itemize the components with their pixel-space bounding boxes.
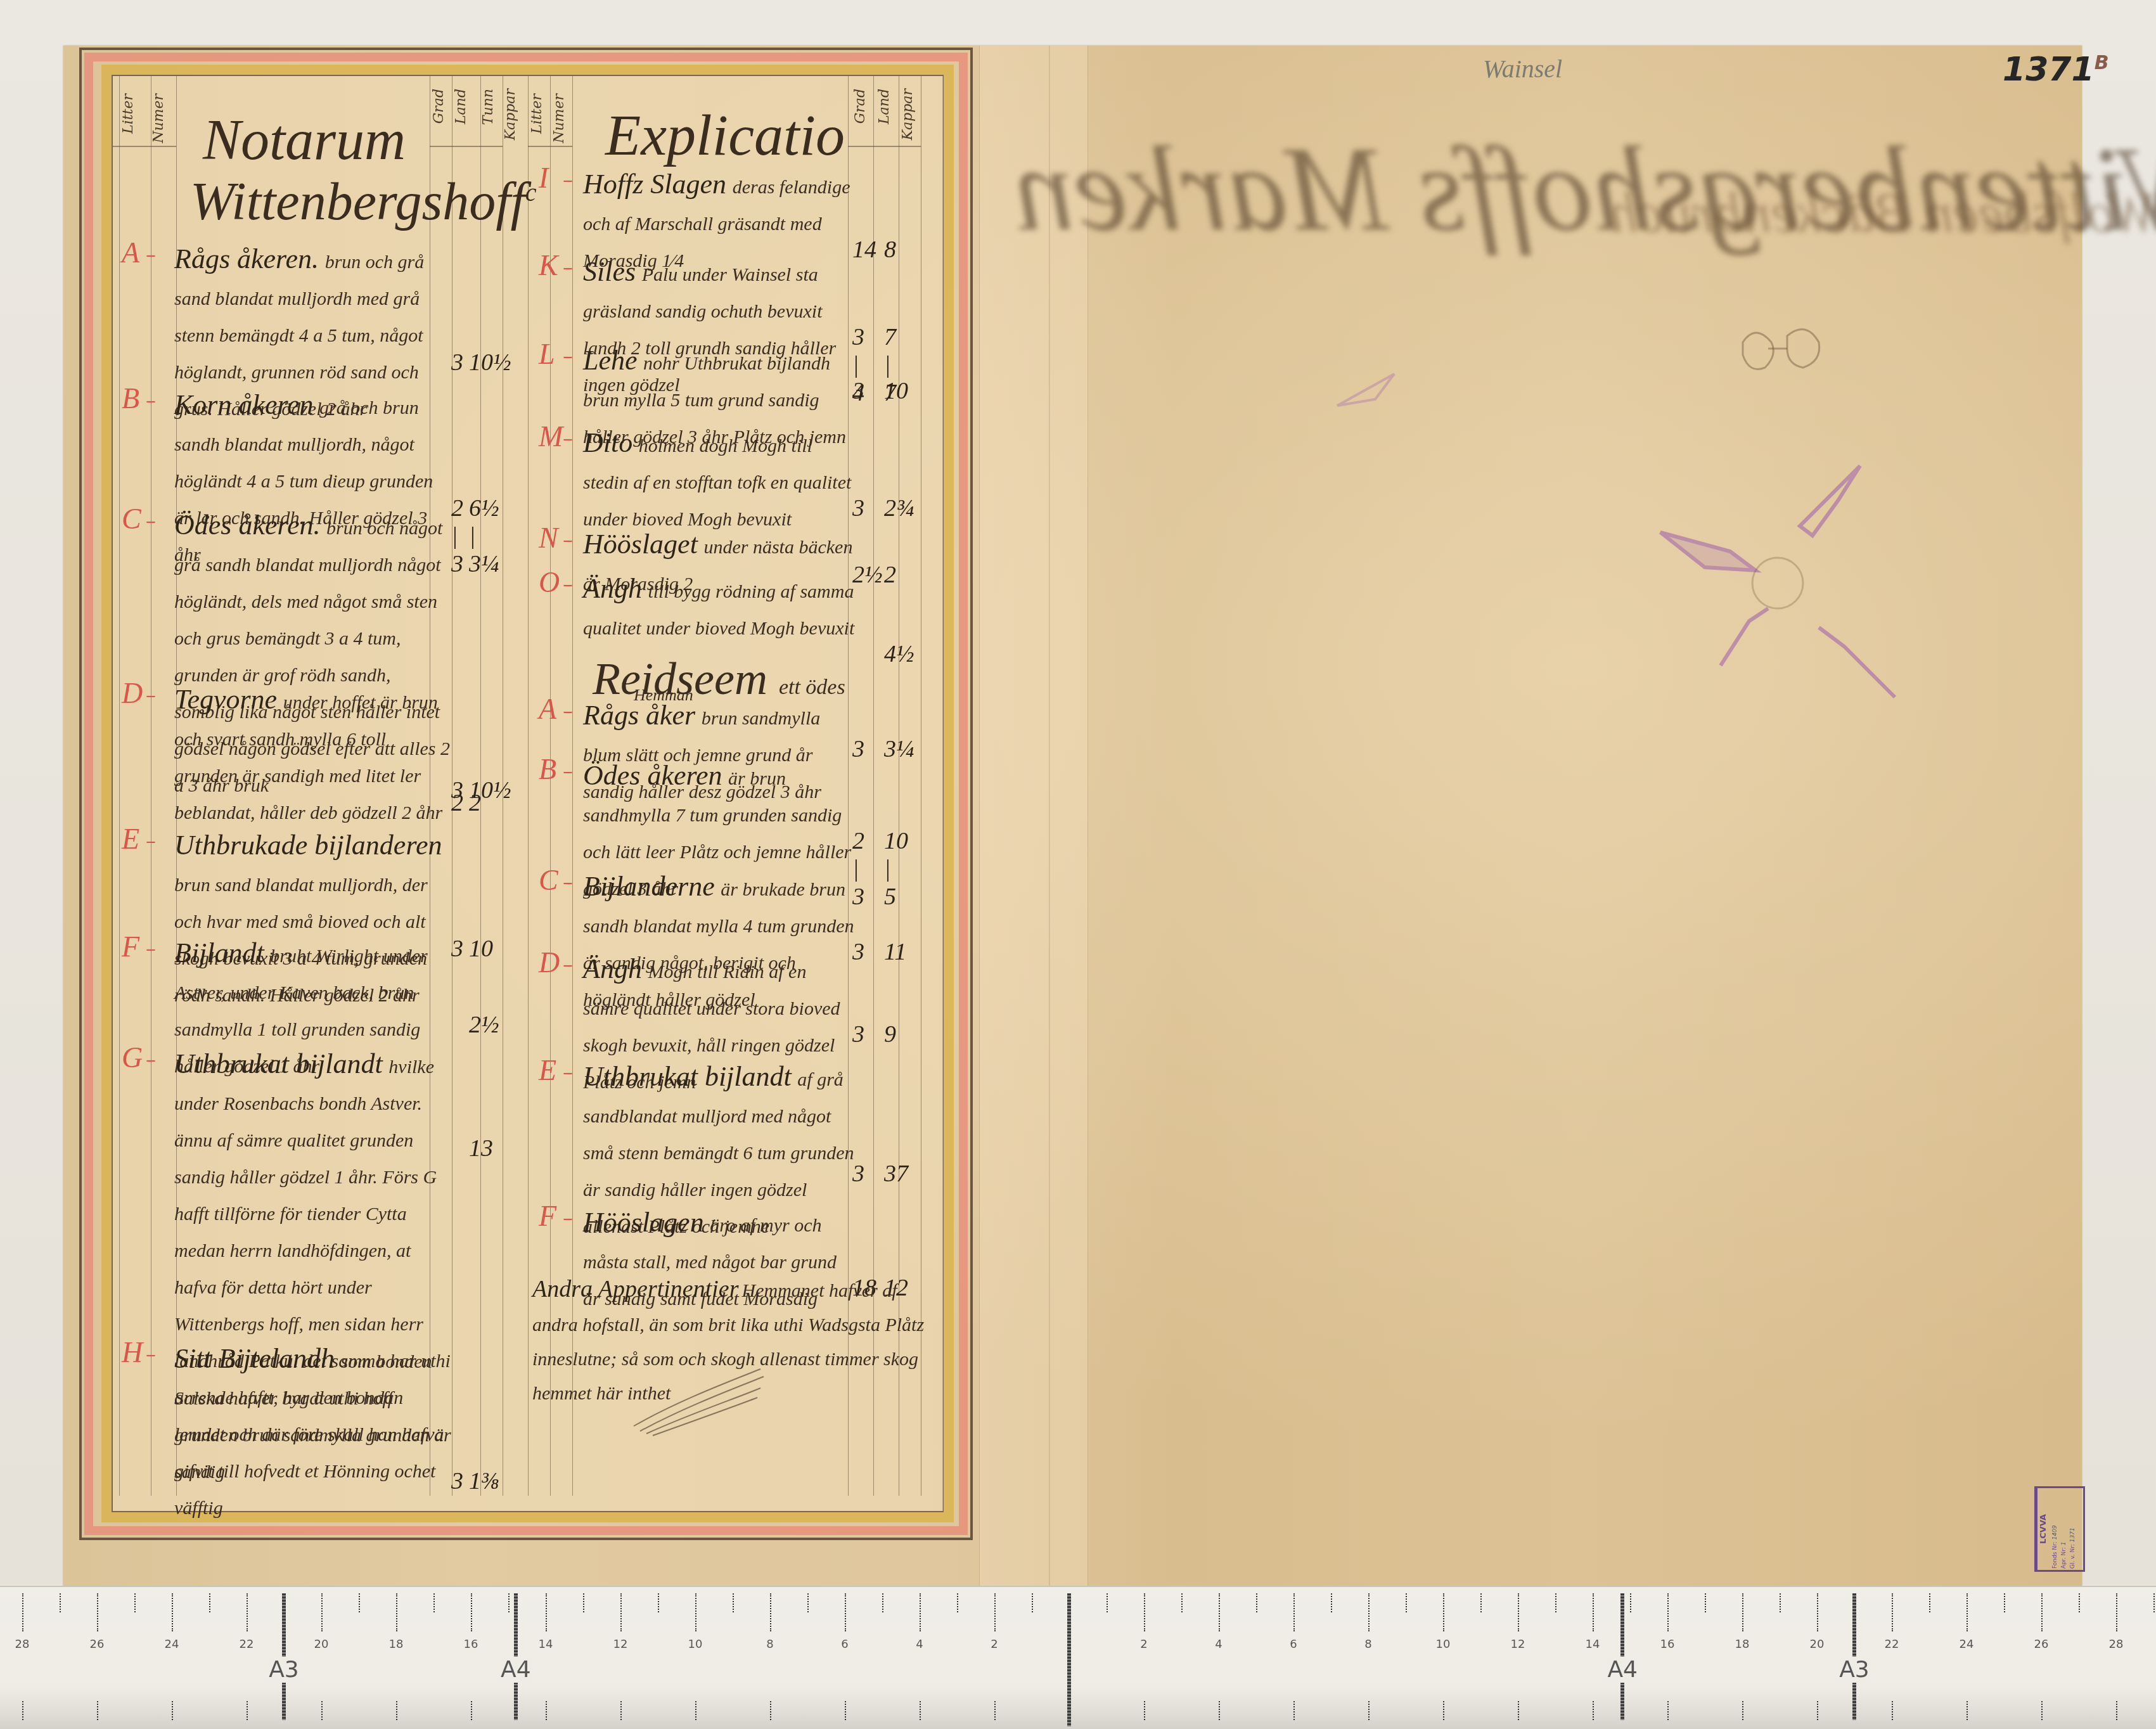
entry-head: Ängh	[583, 573, 642, 604]
ruler-label: 26	[90, 1638, 105, 1651]
pencil-note: Wainsel	[1483, 54, 1562, 84]
ruler-label: 2	[991, 1638, 998, 1651]
ruler-label: 14	[539, 1638, 553, 1651]
entry-value: 3	[852, 494, 864, 522]
entry-head: Siles	[583, 256, 636, 287]
header-land-right: Land	[876, 89, 892, 124]
ruler-tick	[1518, 1593, 1519, 1631]
entry-value: 3	[451, 1467, 463, 1495]
entry-head: Uthbrukade bijlanderen	[174, 830, 442, 861]
ruler-tick	[770, 1593, 771, 1631]
ruler-tick	[22, 1593, 23, 1631]
ruler-tick	[1518, 1701, 1519, 1720]
entry-head: Sitt Bijtelandh	[174, 1343, 335, 1374]
paper-size-label: A4	[1605, 1657, 1640, 1683]
ruler-tick	[508, 1593, 510, 1612]
entry-letter: E	[539, 1053, 556, 1087]
entry-head: Hoffz Slagen	[583, 169, 726, 200]
ruler-label: 12	[613, 1638, 628, 1651]
entry-dash: –	[563, 255, 573, 279]
entry-value: 2	[884, 561, 896, 589]
ruler-tick	[845, 1701, 846, 1720]
entry-dash: –	[563, 572, 573, 596]
ruler-tick	[1293, 1593, 1295, 1631]
ruler-tick	[583, 1593, 584, 1612]
archive-stamp: LCVVA Fonds Nr: 1409 Apr. Nr: 1 Gl. v. N…	[2034, 1486, 2085, 1572]
entry-dash: –	[563, 344, 573, 368]
entry-letter: N	[539, 521, 558, 555]
ruler-tick	[920, 1593, 921, 1631]
entry-head: Dito	[583, 427, 632, 458]
entry-dash: –	[563, 698, 573, 723]
header-numer-right: Numer	[551, 94, 567, 143]
entry-head: Ödes åkeren	[583, 760, 722, 791]
legend-left-title: Notarum	[203, 108, 406, 173]
entry-head: Tegvorne	[174, 684, 277, 715]
ruler-tick	[546, 1593, 547, 1631]
ruler-tick	[620, 1593, 622, 1631]
entry-letter: I	[539, 161, 548, 195]
stamp-line-fonds: Fonds Nr: 1409	[2051, 1489, 2060, 1569]
ruler-tick	[1967, 1701, 1968, 1720]
bleedthrough-subtitle: Wolfsbeen Bäckenbruch	[1610, 181, 2156, 246]
ruler-label: 18	[389, 1638, 404, 1651]
section2-title-suffix: ett ödes	[779, 676, 845, 699]
entry-dash: –	[563, 870, 573, 894]
folio-number-main: 1371	[2003, 51, 2095, 89]
paper-size-label: A3	[266, 1657, 302, 1683]
entry-dash: –	[146, 242, 156, 266]
entry-letter: A	[539, 692, 556, 726]
ruler-label: 20	[1810, 1638, 1825, 1651]
entry-value: 2¾	[884, 494, 914, 522]
entry-head: Lehe	[583, 345, 638, 376]
ruler-tick	[1892, 1701, 1893, 1720]
header-numer-left: Numer	[151, 94, 167, 143]
entry-value: 11	[884, 938, 906, 966]
ruler-label: 24	[1960, 1638, 1974, 1651]
entry-head: Rågs åkeren.	[174, 243, 319, 274]
ruler-label: 16	[464, 1638, 478, 1651]
ruler-tick	[321, 1593, 323, 1631]
ruler-label: 2	[1140, 1638, 1147, 1651]
entry-text: Sitt Bijtelandh som bonden Salska hafver…	[174, 1340, 453, 1491]
entry-value: 2½	[852, 561, 883, 589]
legend-left-subtitle: Wittenbergshoffc	[190, 171, 537, 233]
ruler-tick	[1219, 1593, 1220, 1631]
ruler-label: 10	[1436, 1638, 1451, 1651]
ruler-tick	[1107, 1593, 1108, 1612]
ruler-label: 10	[688, 1638, 703, 1651]
entry-letter: O	[539, 565, 560, 599]
ruler-tick	[1480, 1593, 1482, 1612]
entry-letter: K	[539, 248, 558, 282]
entry-dash: –	[146, 828, 156, 852]
ruler-tick	[1967, 1593, 1968, 1631]
ruler-tick	[134, 1593, 136, 1612]
ruler-tick	[396, 1593, 397, 1631]
ruler-label: 16	[1660, 1638, 1675, 1651]
entry-letter: C	[122, 502, 141, 536]
ruler-tick	[845, 1593, 846, 1631]
note-head: Andra Appertinentier	[532, 1276, 738, 1302]
entry-head: Rågs åker	[583, 700, 695, 731]
ruler-label: 4	[1215, 1638, 1222, 1651]
entry-value: 10½	[469, 349, 511, 376]
header-kappar-left: Kappar	[503, 89, 518, 140]
entry-head: Hööslagen	[583, 1207, 704, 1238]
ruler-label: 14	[1586, 1638, 1600, 1651]
ruler-tick	[1368, 1701, 1370, 1720]
entry-text: Ängh till bygg rödning af samma qualitet…	[583, 570, 856, 647]
ruler-tick	[1742, 1701, 1743, 1720]
ruler-tick	[1256, 1593, 1257, 1612]
entry-dash: –	[146, 388, 156, 412]
stamp-line-apr: Apr. Nr: 1	[2060, 1489, 2069, 1569]
entry-dash: –	[563, 952, 573, 976]
flourish-icon	[627, 1363, 767, 1439]
entry-dash: –	[563, 167, 573, 191]
ruler-tick	[882, 1593, 883, 1612]
ruler-tick	[1929, 1593, 1930, 1612]
ruler-tick	[1780, 1593, 1781, 1612]
fold-strip-right	[1049, 46, 1088, 1595]
ruler-tick	[2041, 1701, 2043, 1720]
ruler-tick	[1443, 1701, 1444, 1720]
ruler-tick	[994, 1701, 996, 1720]
paper-size-label: A4	[498, 1657, 534, 1683]
header-kappar-right: Kappar	[900, 89, 916, 140]
ruler-label: 4	[916, 1638, 923, 1651]
entry-letter: A	[122, 236, 139, 269]
ruler-center-marker	[1067, 1593, 1071, 1726]
entry-letter: B	[122, 382, 139, 415]
entry-head: Bijlanderne	[583, 871, 715, 902]
ruler-tick	[1817, 1701, 1818, 1720]
ruler-label: 22	[1885, 1638, 1899, 1651]
ruler-tick	[247, 1593, 248, 1631]
ruler-label: 22	[240, 1638, 254, 1651]
ruler-tick	[247, 1701, 248, 1720]
ruler-tick	[1892, 1593, 1893, 1631]
entry-value: 3	[451, 349, 463, 376]
entry-head: Uthbrukat bijlandt	[583, 1061, 792, 1092]
fold-strip-left	[979, 46, 1050, 1595]
entry-value: 37	[884, 1160, 908, 1188]
paper-size-label: A3	[1837, 1657, 1872, 1683]
stamp-lines: Fonds Nr: 1409 Apr. Nr: 1 Gl. v. Nr: 137…	[2050, 1488, 2079, 1570]
ruler-tick	[920, 1701, 921, 1720]
ruler-tick	[2079, 1593, 2080, 1612]
ruler-tick	[321, 1701, 323, 1720]
entry-value: 3	[852, 377, 864, 405]
entry-head: Korn åkeren	[174, 389, 314, 420]
entry-head: Ödes åkeren.	[174, 510, 321, 541]
ruler-tick	[172, 1593, 173, 1631]
ruler-label: 28	[15, 1638, 30, 1651]
ruler-tick	[433, 1593, 435, 1612]
ruler-tick	[620, 1701, 622, 1720]
entry-value: 3	[852, 1160, 864, 1188]
entry-value: 10	[884, 377, 908, 405]
ruler-tick	[2153, 1593, 2155, 1612]
ruler-tick	[209, 1593, 210, 1612]
ruler-tick	[957, 1593, 958, 1612]
entry-letter: F	[122, 930, 139, 963]
header-grad-left: Grad	[431, 89, 447, 124]
ruler-tick	[60, 1593, 61, 1612]
entry-text: Tegvorne under hoffet är brun och svart …	[174, 681, 453, 832]
header-litter-left: Litter	[120, 94, 136, 134]
folio-number: 1371B	[2003, 51, 2109, 89]
entry-letter: F	[539, 1199, 556, 1233]
compass-rose-icon	[1648, 456, 1952, 723]
ruler-tick	[770, 1701, 771, 1720]
entry-value: 2½	[469, 1011, 499, 1039]
header-litter-right: Litter	[529, 94, 545, 134]
ruler-tick	[1368, 1593, 1370, 1631]
faint-arrow-icon	[1331, 368, 1407, 418]
ruler-tick	[2004, 1593, 2005, 1612]
entry-dash: –	[146, 508, 156, 532]
ruler-tick	[1630, 1593, 1631, 1612]
entry-dash: –	[563, 527, 573, 551]
subtitle-sup: c	[525, 178, 537, 207]
subtitle-text: Wittenbergshoff	[190, 172, 525, 231]
ruler-tick	[1443, 1593, 1444, 1631]
ruler-tick	[471, 1701, 472, 1720]
entry-value: 8	[884, 236, 896, 264]
ruler-tick	[2041, 1593, 2043, 1631]
entry-value: 1⅜	[469, 1467, 499, 1495]
ruler-tick	[1293, 1701, 1295, 1720]
ruler-tick	[1144, 1701, 1145, 1720]
fleur-de-lis-icon	[1730, 317, 1832, 393]
entry-letter: H	[122, 1335, 143, 1369]
ruler-tick	[396, 1701, 397, 1720]
entry-letter: C	[539, 863, 558, 897]
ruler-tick	[1593, 1593, 1594, 1631]
ruler-tick	[1181, 1593, 1183, 1612]
stamp-line-glv: Gl. v. Nr: 1371	[2069, 1489, 2077, 1569]
entry-letter: D	[539, 946, 560, 979]
ruler-tick	[807, 1593, 809, 1612]
entry-value: 2	[451, 789, 463, 817]
ruler-label: 18	[1735, 1638, 1750, 1651]
entry-value: 10	[469, 935, 493, 963]
header-grad-right: Grad	[852, 89, 868, 124]
ruler-tick	[471, 1593, 472, 1631]
ruler-tick	[1032, 1593, 1033, 1612]
entry-head: Bijlandt	[174, 937, 264, 968]
entry-dash: –	[563, 426, 573, 450]
header-tunn-left: Tunn	[480, 89, 496, 125]
ruler-tick	[2116, 1593, 2117, 1631]
entry-letter: D	[122, 676, 143, 710]
ruler-tick	[1705, 1593, 1706, 1612]
ruler-tick	[658, 1593, 659, 1612]
ruler-label: 6	[1290, 1638, 1297, 1651]
entry-letter: E	[122, 822, 139, 856]
ruler-tick	[1667, 1701, 1669, 1720]
entry-letter: M	[539, 420, 563, 453]
ruler-tick	[1817, 1593, 1818, 1631]
entry-value: 13	[469, 1134, 493, 1162]
stamp-institution: LCVVA	[2036, 1488, 2050, 1570]
entry-value: 3	[852, 1020, 864, 1048]
entry-dash: –	[563, 1205, 573, 1230]
ruler-tick	[546, 1701, 547, 1720]
entry-dash: –	[146, 1342, 156, 1366]
entry-letter: L	[539, 337, 555, 371]
ruler-tick	[1144, 1593, 1145, 1631]
entry-dash: –	[146, 683, 156, 707]
ruler-label: 28	[2109, 1638, 2124, 1651]
ruler-tick	[695, 1593, 696, 1631]
measurement-ruler: 2826242220181614121086422468101214161820…	[0, 1586, 2156, 1729]
ruler-tick	[97, 1593, 98, 1631]
entry-text: Dito holmen dogh Mogh till stedin af en …	[583, 425, 856, 538]
entry-letter: B	[539, 752, 556, 786]
ruler-tick	[695, 1701, 696, 1720]
ruler-tick	[994, 1593, 996, 1631]
ruler-tick	[1555, 1593, 1556, 1612]
ruler-label: 12	[1511, 1638, 1525, 1651]
entry-dash: –	[563, 1060, 573, 1084]
ruler-tick	[1331, 1593, 1332, 1612]
entry-head: Ängh	[583, 953, 642, 984]
entry-value: 3¼	[884, 735, 914, 763]
ruler-label: 8	[766, 1638, 773, 1651]
ruler-label: 8	[1364, 1638, 1371, 1651]
ruler-label: 26	[2034, 1638, 2049, 1651]
entry-head: Hööslaget	[583, 529, 698, 560]
ruler-tick	[359, 1593, 360, 1612]
ruler-tick	[97, 1701, 98, 1720]
header-land-left: Land	[453, 89, 469, 124]
entry-value: 2	[469, 789, 481, 817]
legend-right-title: Explicatio	[605, 101, 845, 169]
entry-letter: G	[122, 1041, 143, 1074]
ruler-tick	[2116, 1701, 2117, 1720]
entry-value: 9	[884, 1020, 896, 1048]
entry-value: 6½ | 3¼	[469, 494, 499, 578]
ruler-label: 24	[165, 1638, 179, 1651]
entry-value: 4½	[884, 640, 914, 668]
ruler-tick	[1742, 1593, 1743, 1631]
entry-value: 14	[852, 236, 876, 264]
ruler-tick	[1406, 1593, 1407, 1612]
entry-dash: –	[146, 1047, 156, 1071]
entry-value: 10 | 5	[884, 827, 908, 911]
ruler-tick	[1593, 1701, 1594, 1720]
folio-suffix: B	[2095, 52, 2109, 74]
ruler-tick	[1667, 1593, 1669, 1631]
entry-head: Uthbrukat bijlandt	[174, 1048, 383, 1079]
ruler-label: 6	[841, 1638, 848, 1651]
entry-dash: –	[563, 759, 573, 783]
ruler-tick	[172, 1701, 173, 1720]
ruler-tick	[1219, 1701, 1220, 1720]
ruler-tick	[733, 1593, 734, 1612]
entry-dash: –	[146, 936, 156, 960]
ruler-tick	[22, 1701, 23, 1720]
ruler-label: 20	[314, 1638, 329, 1651]
